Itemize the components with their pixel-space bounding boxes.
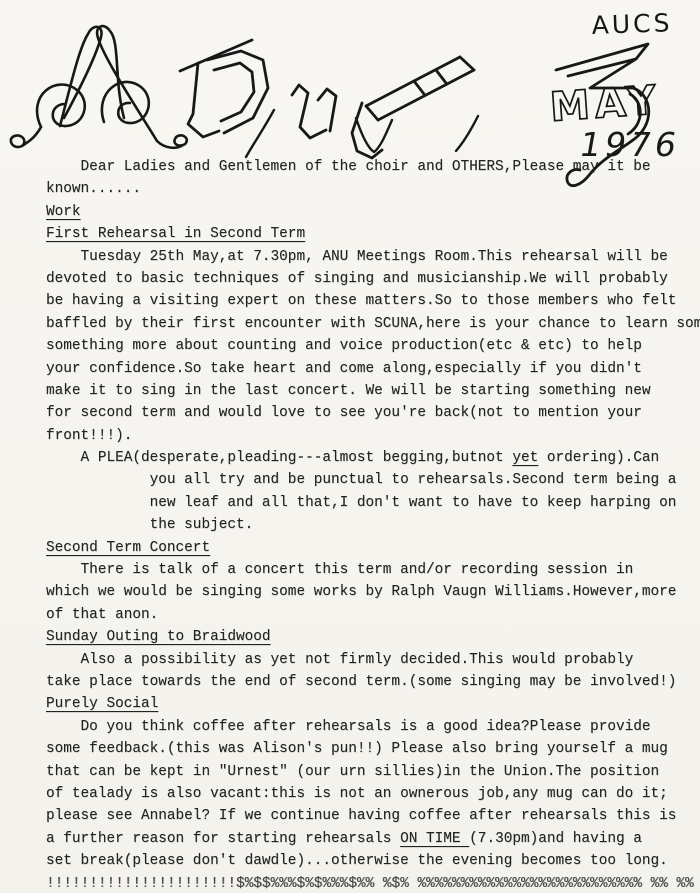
text-line: please see Annabel? If we continue havin… xyxy=(46,805,700,827)
d-left-stem xyxy=(188,63,219,137)
flourish-left-curl xyxy=(11,127,41,147)
e-banner-upper xyxy=(378,70,474,120)
gothic-letter-u xyxy=(292,85,336,138)
text-line: that can be kept in "Urnest" (our urn si… xyxy=(46,761,700,783)
text-line: There is talk of a concert this term and… xyxy=(46,559,700,581)
d-top-serif xyxy=(180,40,252,71)
text-line: front!!!). xyxy=(46,425,700,447)
u-right-stroke xyxy=(318,89,336,131)
text-line: Also a possibility as yet not firmly dec… xyxy=(46,649,700,671)
newsletter-page: AUCS MAY 1976 Dear Ladies and Gentlemen … xyxy=(0,0,700,893)
section-heading-second-term-concert: Second Term Concert xyxy=(46,537,700,559)
flourish-right-curl xyxy=(157,135,187,147)
text-line: the subject. xyxy=(46,514,700,536)
text-line: new leaf and all that,I don't want to ha… xyxy=(46,492,700,514)
salutation-line: Dear Ladies and Gentlemen of the choir a… xyxy=(46,156,700,178)
section-heading-purely-social: Purely Social xyxy=(46,693,700,715)
e-banner-cap-right xyxy=(460,57,474,70)
gothic-letter-e xyxy=(352,57,474,158)
tail-v-hook xyxy=(356,118,392,152)
text-line: of that anon. xyxy=(46,604,700,626)
text-line: Do you think coffee after rehearsals is … xyxy=(46,716,700,738)
descender-tails xyxy=(246,110,478,157)
section-heading-braidwood-outing: Sunday Outing to Braidwood xyxy=(46,626,700,648)
e-banner-rung-1 xyxy=(414,81,424,94)
text-line: your confidence.So take heart and come a… xyxy=(46,358,700,380)
section-heading-first-rehearsal: First Rehearsal in Second Term xyxy=(46,223,700,245)
text-line: take place towards the end of second ter… xyxy=(46,671,700,693)
d-inner-bowl xyxy=(214,63,254,121)
text-line: set break(please don't dawdle)...otherwi… xyxy=(46,850,700,872)
plea-line: A PLEA(desperate,pleading---almost beggi… xyxy=(46,447,700,469)
text-line: Tuesday 25th May,at 7.30pm, ANU Meetings… xyxy=(46,246,700,268)
text-line: be having a visiting expert on these mat… xyxy=(46,290,700,312)
e-banner-rung-2 xyxy=(436,70,446,83)
text-line: baffled by their first encounter with SC… xyxy=(46,313,700,335)
u-left-stroke xyxy=(292,85,326,138)
gothic-letter-d xyxy=(180,40,268,137)
e-banner-cap-left xyxy=(366,106,378,120)
text-line: of tealady is also vacant:this is not an… xyxy=(46,783,700,805)
text-line: something more about counting and voice … xyxy=(46,335,700,357)
text-line: for second term and would love to see yo… xyxy=(46,402,700,424)
tail-right xyxy=(456,116,478,151)
text-line: you all try and be punctual to rehearsal… xyxy=(46,469,700,491)
masthead-org-text: AUCS xyxy=(591,8,673,40)
text-line: make it to sing in the last concert. We … xyxy=(46,380,700,402)
section-heading-work: Work xyxy=(46,201,700,223)
text-line: devoted to basic techniques of singing a… xyxy=(46,268,700,290)
tail-left xyxy=(246,110,274,157)
text-line: which we would be singing some works by … xyxy=(46,581,700,603)
salutation-line: known...... xyxy=(46,178,700,200)
typed-symbols-line: !!!!!!!!!!!!!!!!!!!!!!$%$$%%%$%$%%%$%% %… xyxy=(46,873,700,893)
on-time-line: a further reason for starting rehearsals… xyxy=(46,828,700,850)
document-body: Dear Ladies and Gentlemen of the choir a… xyxy=(46,156,700,893)
flourish-loop-1 xyxy=(60,27,102,126)
flourish-drawing xyxy=(11,26,187,148)
text-line: some feedback.(this was Alison's pun!!) … xyxy=(46,738,700,760)
masthead-month-text: MAY xyxy=(548,77,662,131)
